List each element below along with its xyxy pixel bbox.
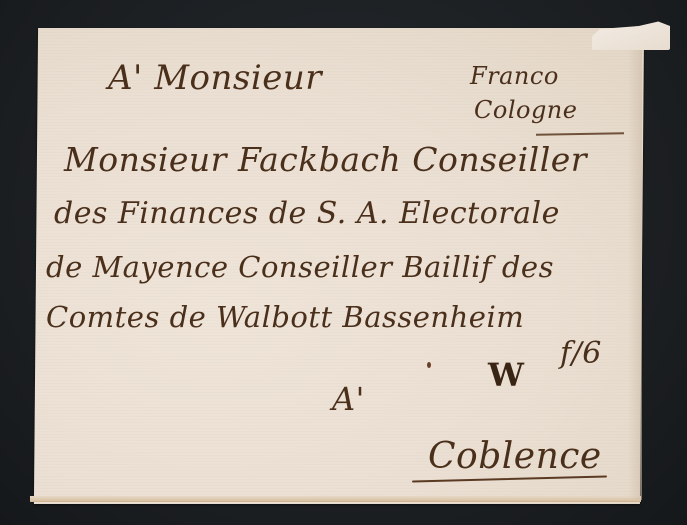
ink-spot: [427, 362, 431, 368]
paper-right-fold-shadow: [628, 40, 642, 500]
paper-bottom-edge: [30, 496, 641, 502]
postal-marking-franco: Franco: [470, 62, 559, 90]
destination-prefix: A': [332, 380, 365, 418]
rate-notation: f/6: [560, 336, 602, 371]
destination-city: Coblence: [428, 436, 602, 477]
address-line-2: des Finances de S. A. Electorale: [54, 196, 560, 231]
address-line-3: de Mayence Conseiller Baillif des: [46, 250, 554, 284]
address-line-1: Monsieur Fackbach Conseiller: [64, 140, 587, 179]
rate-mark: W: [488, 356, 523, 394]
postal-marking-cologne: Cologne: [474, 96, 577, 124]
salutation-text: A' Monsieur: [108, 58, 322, 98]
address-line-4: Comtes de Walbott Bassenheim: [46, 300, 524, 334]
